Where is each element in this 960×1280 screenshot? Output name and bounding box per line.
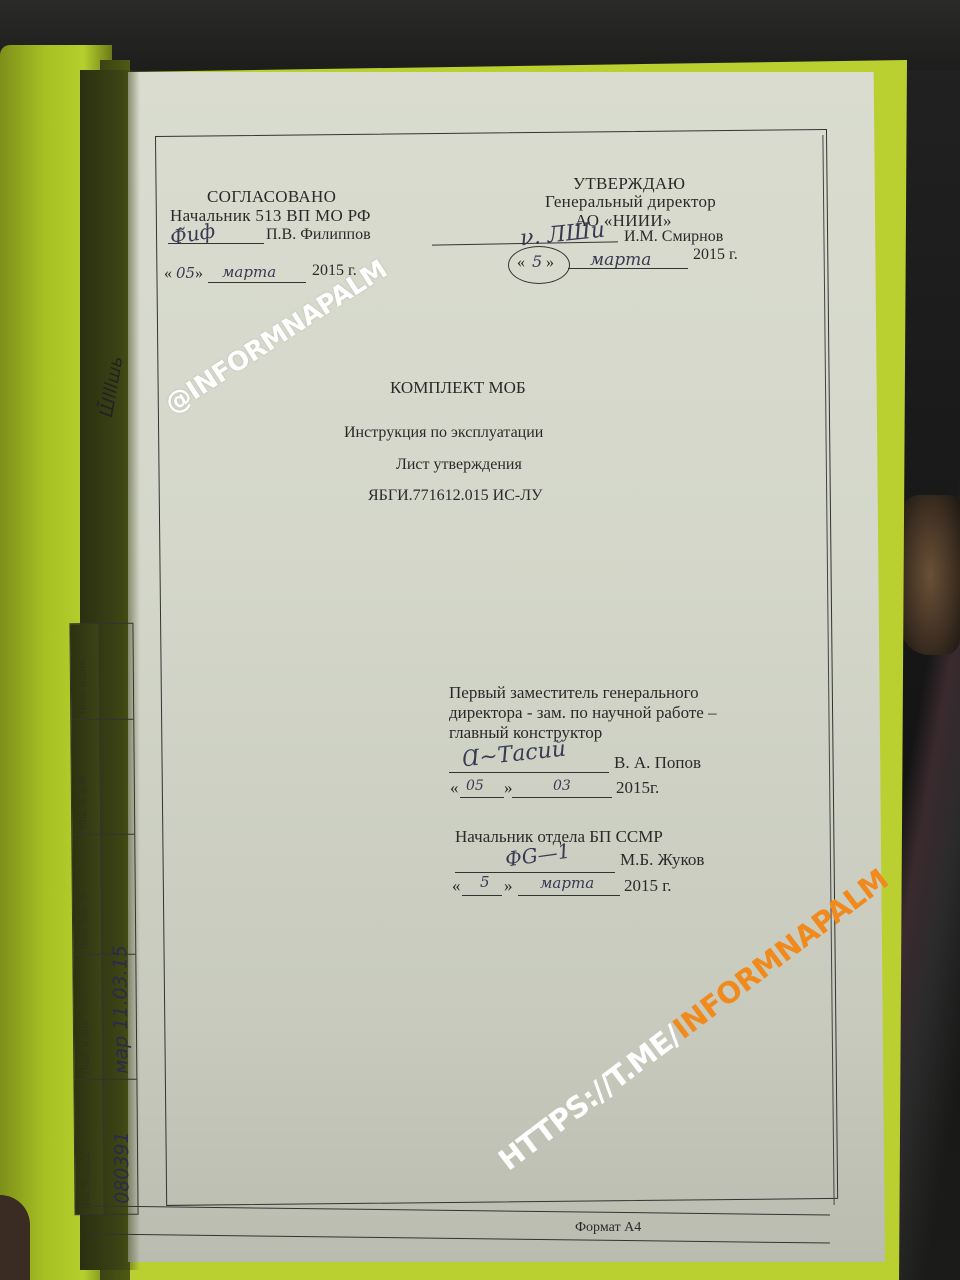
date-line [568, 268, 688, 269]
date-month-handwritten: марта [590, 250, 651, 270]
date-month-handwritten: марта [540, 874, 594, 892]
paper-format-label: Формат А4 [575, 1220, 641, 1236]
quote: « [452, 876, 461, 896]
date-line [518, 895, 620, 896]
background-object [0, 0, 960, 70]
document-code: ЯБГИ.771612.015 ИС-ЛУ [368, 487, 542, 505]
signature-line [168, 243, 264, 244]
quote: « [517, 254, 525, 272]
approval-left-name: П.В. Филиппов [266, 226, 371, 244]
approval-right-year: 2015 г. [693, 246, 738, 264]
date-line [462, 895, 502, 896]
date-month-handwritten: марта [222, 263, 276, 281]
date-day-handwritten: 5 [532, 252, 542, 271]
date-day-handwritten: 5 [480, 873, 490, 891]
stamp-divider [72, 834, 134, 836]
stamp-label: Инв. № подл. [81, 1152, 92, 1209]
date-day-handwritten: 05 [466, 778, 484, 794]
date-year: 2015г. [616, 778, 659, 798]
signatory-position: Первый заместитель генерального [449, 683, 699, 703]
signature-line [449, 772, 609, 773]
date-line [460, 797, 504, 798]
date-day-handwritten: 05 [176, 264, 195, 282]
background-object [900, 495, 960, 655]
quote: » [546, 254, 554, 272]
stamp-handwritten-date: мар 11.03.15 [109, 945, 132, 1074]
date-line [208, 282, 306, 283]
stamp-divider [71, 719, 133, 721]
stamp-label: Взам. инв. № [79, 893, 90, 949]
approval-left-heading: СОГЛАСОВАНО [207, 187, 336, 207]
stamp-inventory-number: 080391 [111, 1131, 134, 1204]
stamp-table: Подп. и дата Инв. № дубл. Взам. инв. № П… [69, 623, 138, 1216]
approval-right-heading: УТВЕРЖДАЮ [573, 174, 685, 194]
stamp-label: Инв. № дубл. [78, 773, 89, 830]
document-sheet-type: Лист утверждения [396, 456, 522, 474]
signatory-name: В. А. Попов [614, 753, 701, 773]
document-title: КОМПЛЕКТ МОБ [390, 378, 526, 398]
quote: » [504, 876, 513, 896]
signatory-name: М.Б. Жуков [620, 850, 704, 870]
approval-right-position: Генеральный директор [545, 192, 716, 212]
document-subtitle: Инструкция по эксплуатации [344, 424, 543, 442]
signatory-position: директора - зам. по научной работе – [449, 703, 717, 723]
quote: « [450, 778, 459, 798]
document-frame [155, 129, 838, 1206]
approval-right-name: И.М. Смирнов [624, 228, 723, 246]
date-year: 2015 г. [624, 876, 672, 896]
quote: » [504, 778, 513, 798]
signature-line [455, 872, 615, 873]
date-month-handwritten: 03 [553, 778, 571, 794]
quote: « [164, 265, 172, 283]
stamp-label: Подп. и дата [77, 661, 88, 715]
stamp-label: Подп. и дата [80, 1021, 91, 1075]
date-line [512, 797, 612, 798]
quote: » [195, 265, 203, 283]
stamp-divider [74, 1079, 136, 1081]
